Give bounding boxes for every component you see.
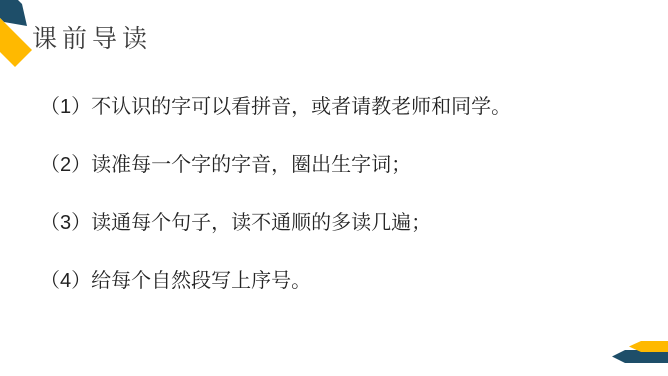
reading-tip-item: （3）读通每个句子，读不通顺的多读几遍； [40,194,640,252]
reading-tip-item: （4）给每个自然段写上序号。 [40,252,640,310]
reading-tip-item: （2）读准每一个字的字音，圈出生字词； [40,136,640,194]
bottom-arrow-decoration [588,330,668,376]
reading-tips-list: （1）不认识的字可以看拼音，或者请教老师和同学。 （2）读准每一个字的字音，圈出… [40,78,640,310]
reading-tip-item: （1）不认识的字可以看拼音，或者请教老师和同学。 [40,78,640,136]
slide-canvas: 课前导读 （1）不认识的字可以看拼音，或者请教老师和同学。 （2）读准每一个字的… [0,0,668,376]
page-title: 课前导读 [32,19,152,55]
